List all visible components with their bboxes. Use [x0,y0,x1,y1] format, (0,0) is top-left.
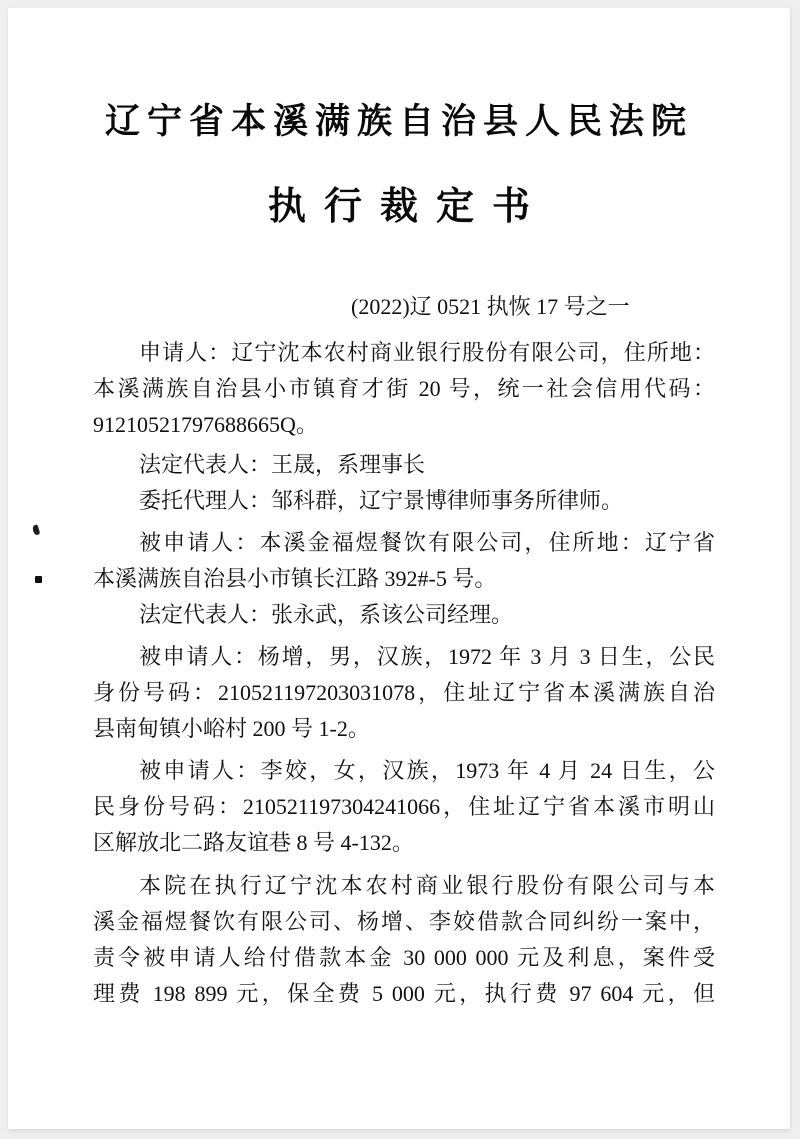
paragraph-agent: 委托代理人：邹科群，辽宁景博律师事务所律师。 [93,483,715,519]
text-line: 法定代表人：王晟，系理事长 [93,447,715,483]
text-line: 身份号码：210521197203031078，住址辽宁省本溪满族自治 [93,675,715,711]
scan-speck-comma [32,524,41,535]
text-line: 民身份号码：210521197304241066，住址辽宁省本溪市明山 [93,789,715,825]
paragraph-case-summary: 本院在执行辽宁沈本农村商业银行股份有限公司与本 溪金福煜餐饮有限公司、杨增、李姣… [93,868,715,1012]
text-line: 本院在执行辽宁沈本农村商业银行股份有限公司与本 [93,868,715,904]
paragraph-respondent-lijiao: 被申请人：李姣，女，汉族，1973 年 4 月 24 日生，公 民身份号码：21… [93,753,715,861]
text-line: 溪金福煜餐饮有限公司、杨增、李姣借款合同纠纷一案中， [93,904,715,940]
document-page: 辽宁省本溪满族自治县人民法院 执行裁定书 (2022)辽 0521 执恢 17 … [8,8,790,1129]
text-line: 县南甸镇小峪村 200 号 1-2。 [93,711,715,747]
paragraph-applicant: 申请人：辽宁沈本农村商业银行股份有限公司，住所地： 本溪满族自治县小市镇育才街 … [93,335,715,443]
document-title: 执行裁定书 [8,185,790,229]
text-line: 本溪满族自治县小市镇长江路 392#-5 号。 [93,561,715,597]
text-line: 被申请人：李姣，女，汉族，1973 年 4 月 24 日生，公 [93,753,715,789]
text-line: 委托代理人：邹科群，辽宁景博律师事务所律师。 [93,483,715,519]
paragraph-legal-rep-applicant: 法定代表人：王晟，系理事长 [93,447,715,483]
scan-speck-square [35,576,42,583]
text-line: 责令被申请人给付借款本金 30 000 000 元及利息，案件受 [93,940,715,976]
paragraph-respondent-company: 被申请人：本溪金福煜餐饮有限公司，住所地：辽宁省 本溪满族自治县小市镇长江路 3… [93,525,715,597]
paragraph-respondent-yangzeng: 被申请人：杨增，男，汉族，1972 年 3 月 3 日生，公民 身份号码：210… [93,639,715,747]
text-line: 理费 198 899 元，保全费 5 000 元，执行费 97 604 元，但 [93,976,715,1012]
paragraph-legal-rep-respondent: 法定代表人：张永武，系该公司经理。 [93,597,715,633]
text-line: 申请人：辽宁沈本农村商业银行股份有限公司，住所地： [93,335,715,371]
text-line: 被申请人：本溪金福煜餐饮有限公司，住所地：辽宁省 [93,525,715,561]
text-line: 法定代表人：张永武，系该公司经理。 [93,597,715,633]
scan-background: 辽宁省本溪满族自治县人民法院 执行裁定书 (2022)辽 0521 执恢 17 … [0,0,800,1139]
text-line: 91210521797688665Q。 [93,407,715,443]
case-number: (2022)辽 0521 执恢 17 号之一 [93,289,715,325]
text-line: 区解放北二路友谊巷 8 号 4-132。 [93,825,715,861]
text-line: 被申请人：杨增，男，汉族，1972 年 3 月 3 日生，公民 [93,639,715,675]
court-name: 辽宁省本溪满族自治县人民法院 [8,101,790,143]
text-line: 本溪满族自治县小市镇育才街 20 号，统一社会信用代码： [93,371,715,407]
document-body: 申请人：辽宁沈本农村商业银行股份有限公司，住所地： 本溪满族自治县小市镇育才街 … [93,335,715,1012]
